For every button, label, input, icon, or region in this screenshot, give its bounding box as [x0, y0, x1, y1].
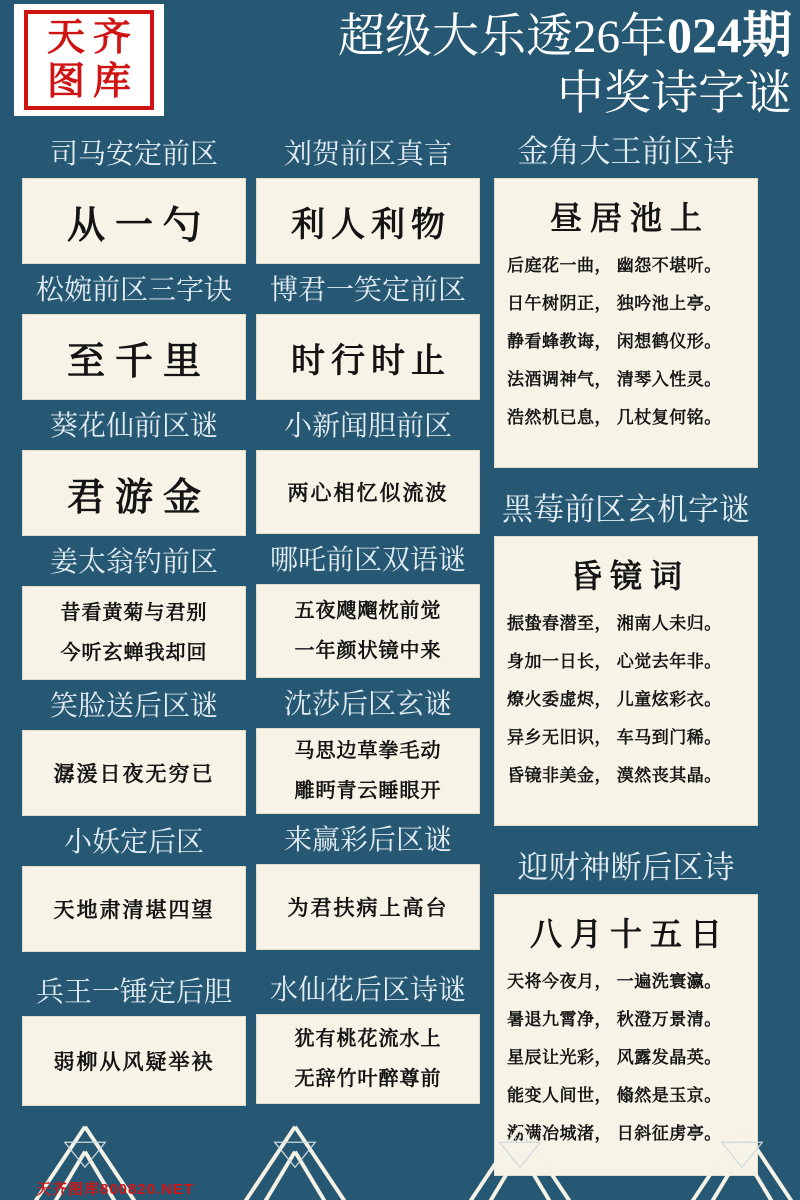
column-3: 金角大王前区诗 昼居池上 后庭花一曲， 幽怨不堪听。 日午树阴正， 独吟池上亭。… — [494, 132, 758, 1184]
section-header: 水仙花后区诗谜 — [256, 972, 480, 1010]
poem-line: 星辰让光彩， 风露发晶英。 — [507, 1047, 745, 1069]
title-line-1: 超级大乐透26年024期 — [172, 6, 792, 66]
riddle-text: 潺湲日夜无穷已 — [54, 758, 215, 788]
riddle-box: 君游金 — [22, 450, 246, 536]
riddle-box: 两心相忆似流波 — [256, 450, 480, 534]
title-issue-number: 024期 — [667, 7, 792, 63]
section-header: 小妖定后区 — [22, 824, 246, 862]
section-header: 笑脸送后区谜 — [22, 688, 246, 726]
poem-line: 法酒调神气， 清琴入性灵。 — [507, 369, 745, 391]
poster-page: 天齐 图库 超级大乐透26年024期 中奖诗字谜 司马安定前区 从一勺 松婉前区… — [0, 0, 800, 1200]
riddle-line-1: 犹有桃花流水上 — [295, 1019, 442, 1059]
triangle-ornament — [450, 1122, 590, 1200]
tianqi-seal-logo: 天齐 图库 — [14, 4, 164, 116]
poem-section: 金角大王前区诗 昼居池上 后庭花一曲， 幽怨不堪听。 日午树阴正， 独吟池上亭。… — [494, 132, 758, 468]
poem-box: 昏镜词 振蛰春潜至， 湘南人未归。 身加一日长， 心觉去年非。 燎火委虚烬， 儿… — [494, 536, 758, 826]
section-header: 葵花仙前区谜 — [22, 408, 246, 446]
section-header: 刘贺前区真言 — [256, 136, 480, 174]
site-watermark: 天齐图库800820.NET — [36, 1178, 194, 1199]
triangle-ornament-icon — [225, 1122, 365, 1200]
triangle-ornament — [225, 1122, 365, 1200]
section-header: 黑莓前区玄机字谜 — [494, 490, 758, 530]
column-1: 司马安定前区 从一勺 松婉前区三字诀 至千里 葵花仙前区谜 君游金 姜太翁钓前区… — [22, 136, 246, 1114]
riddle-box: 五夜飕飗枕前觉 一年颜状镜中来 — [256, 584, 480, 678]
riddle-text: 从一勺 — [57, 194, 211, 249]
riddle-box: 马思边草拳毛动 雕眄青云睡眼开 — [256, 728, 480, 814]
riddle-line-2: 无辞竹叶醉尊前 — [295, 1059, 442, 1099]
section-header: 沈莎后区玄谜 — [256, 686, 480, 724]
riddle-section: 小新闻胆前区 两心相忆似流波 — [256, 408, 480, 534]
poem-title: 昼居池上 — [507, 193, 745, 239]
riddle-box: 至千里 — [22, 314, 246, 400]
riddle-text: 弱柳从风疑举袂 — [54, 1046, 215, 1076]
poem-line: 后庭花一曲， 幽怨不堪听。 — [507, 255, 745, 277]
riddle-box: 昔看黄菊与君别 今听玄蝉我却回 — [22, 586, 246, 680]
riddle-text: 两心相忆似流波 — [288, 477, 449, 507]
riddle-box: 从一勺 — [22, 178, 246, 264]
page-title: 超级大乐透26年024期 中奖诗字谜 — [172, 6, 792, 122]
riddle-box: 犹有桃花流水上 无辞竹叶醉尊前 — [256, 1014, 480, 1104]
riddle-box: 天地肃清堪四望 — [22, 866, 246, 952]
riddle-line-2: 今听玄蝉我却回 — [61, 633, 208, 673]
riddle-text: 为君扶病上高台 — [288, 892, 449, 922]
poem-line: 身加一日长， 心觉去年非。 — [507, 651, 745, 673]
poem-line: 浩然机已息， 几杖复何铭。 — [507, 407, 745, 429]
poem-line: 异乡无旧识， 车马到门稀。 — [507, 727, 745, 749]
riddle-section: 葵花仙前区谜 君游金 — [22, 408, 246, 536]
riddle-section: 来赢彩后区谜 为君扶病上高台 — [256, 822, 480, 950]
title-prefix: 超级大乐透26年 — [338, 11, 667, 63]
riddle-section: 小妖定后区 天地肃清堪四望 — [22, 824, 246, 952]
poem-line: 振蛰春潜至， 湘南人未归。 — [507, 613, 745, 635]
poem-line: 日午树阴正， 独吟池上亭。 — [507, 293, 745, 315]
poem-line: 暑退九霄净， 秋澄万景清。 — [507, 1009, 745, 1031]
riddle-section: 笑脸送后区谜 潺湲日夜无穷已 — [22, 688, 246, 816]
title-line-2: 中奖诗字谜 — [172, 66, 792, 122]
section-header: 博君一笑定前区 — [256, 272, 480, 310]
riddle-section: 水仙花后区诗谜 犹有桃花流水上 无辞竹叶醉尊前 — [256, 972, 480, 1104]
riddle-line-1: 五夜飕飗枕前觉 — [295, 591, 442, 631]
column-2: 刘贺前区真言 利人利物 博君一笑定前区 时行时止 小新闻胆前区 两心相忆似流波 … — [256, 136, 480, 1112]
poem-line: 燎火委虚烬， 儿童炫彩衣。 — [507, 689, 745, 711]
section-header: 司马安定前区 — [22, 136, 246, 174]
riddle-section: 司马安定前区 从一勺 — [22, 136, 246, 264]
triangle-ornament — [672, 1122, 800, 1200]
poem-line: 静看蜂教诲， 闲想鹤仪形。 — [507, 331, 745, 353]
poem-line: 昏镜非美金， 漠然丧其晶。 — [507, 765, 745, 787]
seal-frame: 天齐 图库 — [24, 10, 154, 110]
section-header: 小新闻胆前区 — [256, 408, 480, 446]
section-header: 兵王一锤定后胆 — [22, 974, 246, 1012]
poem-section: 黑莓前区玄机字谜 昏镜词 振蛰春潜至， 湘南人未归。 身加一日长， 心觉去年非。… — [494, 490, 758, 826]
riddle-section: 姜太翁钓前区 昔看黄菊与君别 今听玄蝉我却回 — [22, 544, 246, 680]
riddle-text: 利人利物 — [285, 197, 451, 246]
poem-line: 能变人间世， 翛然是玉京。 — [507, 1085, 745, 1107]
riddle-section: 博君一笑定前区 时行时止 — [256, 272, 480, 400]
riddle-text: 至千里 — [57, 330, 211, 385]
section-header: 姜太翁钓前区 — [22, 544, 246, 582]
seal-row-2: 图库 — [39, 60, 139, 104]
poem-box: 昼居池上 后庭花一曲， 幽怨不堪听。 日午树阴正， 独吟池上亭。 静看蜂教诲， … — [494, 178, 758, 468]
riddle-section: 松婉前区三字诀 至千里 — [22, 272, 246, 400]
seal-row-1: 天齐 — [39, 16, 139, 60]
riddle-box: 时行时止 — [256, 314, 480, 400]
riddle-line-2: 一年颜状镜中来 — [295, 631, 442, 671]
riddle-box: 为君扶病上高台 — [256, 864, 480, 950]
section-header: 来赢彩后区谜 — [256, 822, 480, 860]
riddle-section: 哪吒前区双语谜 五夜飕飗枕前觉 一年颜状镜中来 — [256, 542, 480, 678]
triangle-ornament-icon — [450, 1122, 590, 1200]
poem-title: 昏镜词 — [507, 551, 745, 597]
riddle-section: 兵王一锤定后胆 弱柳从风疑举袂 — [22, 974, 246, 1106]
section-header: 哪吒前区双语谜 — [256, 542, 480, 580]
riddle-text: 天地肃清堪四望 — [54, 894, 215, 924]
riddle-text: 君游金 — [57, 466, 211, 521]
riddle-line-1: 昔看黄菊与君别 — [61, 593, 208, 633]
triangle-ornament-icon — [672, 1122, 800, 1200]
section-header: 松婉前区三字诀 — [22, 272, 246, 310]
riddle-box: 潺湲日夜无穷已 — [22, 730, 246, 816]
poem-line: 天将今夜月， 一遍洗寰瀛。 — [507, 971, 745, 993]
riddle-line-1: 马思边草拳毛动 — [295, 731, 442, 771]
riddle-line-2: 雕眄青云睡眼开 — [295, 771, 442, 811]
riddle-section: 沈莎后区玄谜 马思边草拳毛动 雕眄青云睡眼开 — [256, 686, 480, 814]
riddle-section: 刘贺前区真言 利人利物 — [256, 136, 480, 264]
poem-title: 八月十五日 — [507, 909, 745, 955]
section-header: 迎财神断后区诗 — [494, 848, 758, 888]
riddle-text: 时行时止 — [285, 333, 451, 382]
riddle-box: 弱柳从风疑举袂 — [22, 1016, 246, 1106]
section-header: 金角大王前区诗 — [494, 132, 758, 172]
riddle-box: 利人利物 — [256, 178, 480, 264]
